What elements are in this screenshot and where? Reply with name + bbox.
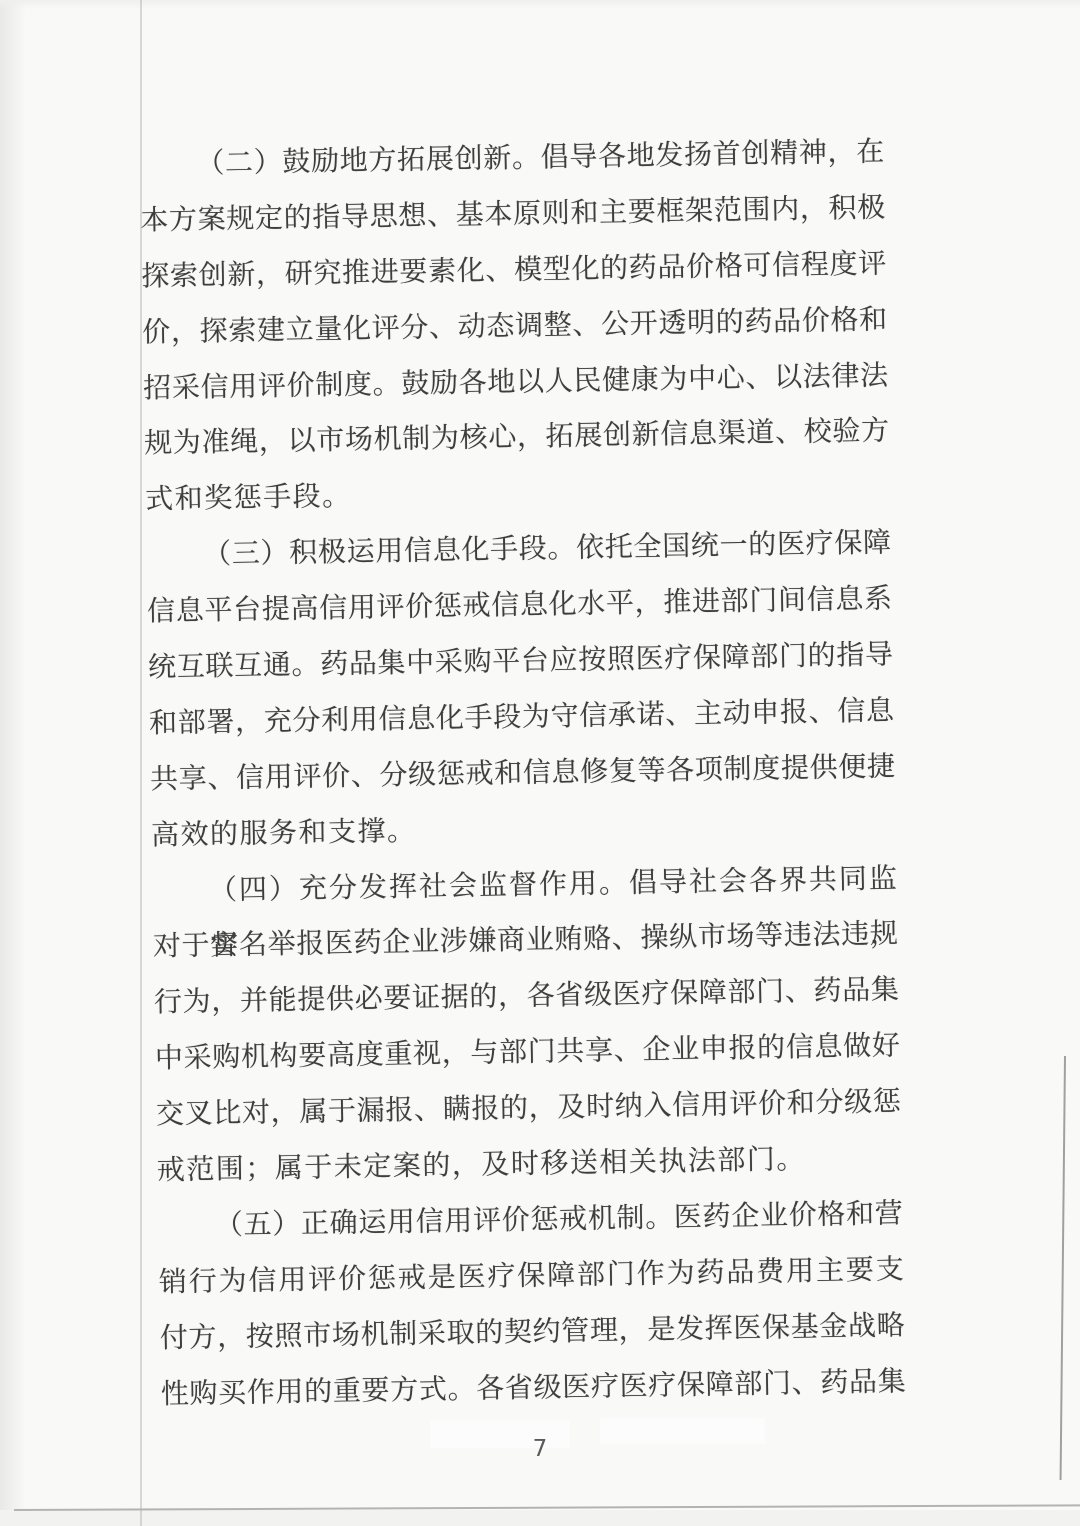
- scan-edge-bottom-shading: [0, 1510, 1080, 1526]
- page-number: 7: [0, 1436, 1080, 1462]
- document-body: （二）鼓励地方拓展创新。倡导各地发扬首创精神，在 本方案规定的指导思想、基本原则…: [139, 124, 906, 1422]
- paper-edge-right-line: [1060, 1056, 1066, 1480]
- scan-edge-top-shading: [0, 0, 1080, 10]
- scan-edge-left-shading: [0, 0, 26, 1526]
